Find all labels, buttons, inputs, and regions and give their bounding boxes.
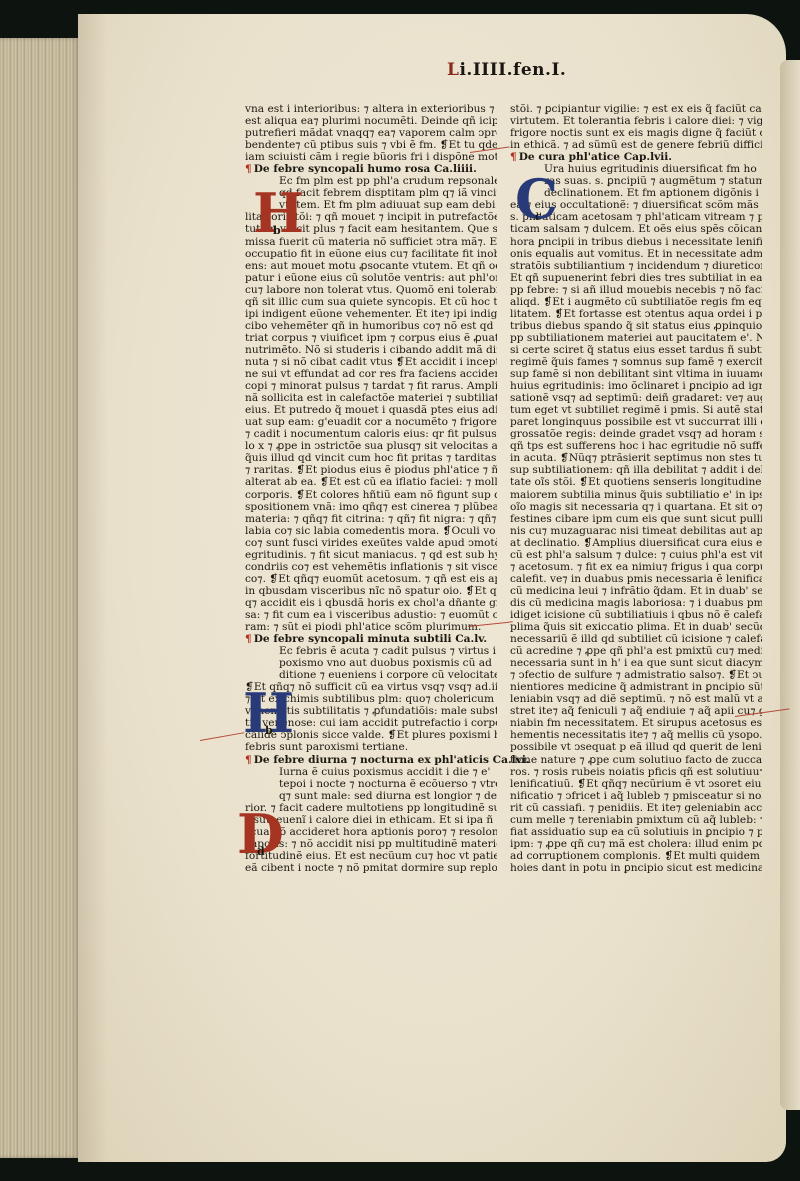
text-line: nutrimẽto. Nõ si studeris i cibando addi…: [245, 344, 497, 356]
text-line: uat sup eam: g'euadit cor a nocumẽto ⁊ f…: [245, 416, 497, 428]
text-line: ⁊ acetosum. ⁊ fit ex ea nimiu⁊ frigus i …: [510, 561, 762, 573]
text-line: lenificatiuũ. ❡Et qñq⁊ necũrium ẽ vt ↄso…: [510, 778, 762, 790]
text-line: egritudinis. ⁊ fit sicut maniacus. ⁊ qd …: [245, 549, 497, 561]
text-line: pp febre: ⁊ si añ illud mouebis necebis …: [510, 284, 762, 296]
guide-letter: b: [265, 704, 273, 758]
text-line: virtutem. Et tolerantia febris i calore …: [510, 115, 762, 127]
text-line: putrefieri mãdat vnaqq⁊ ea⁊ vaporem calm…: [245, 127, 497, 139]
text-line: Et qñ supuenerint febri dies tres subtil…: [510, 272, 762, 284]
text-line: stret ite⁊ aq̃ feniculi ⁊ aq̃ endiuie ⁊ …: [510, 705, 762, 717]
text-line: ditione ⁊ eueniens i corpore cũ velocita…: [245, 669, 497, 681]
text-line: ⁊ raritas. ❡Et piodus eius ẽ piodus phl'…: [245, 464, 497, 476]
text-line: in ethicã. ⁊ ad sũmũ est de genere febri…: [510, 139, 762, 151]
text-line: cũ medicina leui ⁊ infrãtio q̃dam. Et in…: [510, 585, 762, 597]
text-line: cibo vehemẽter qñ in humoribus co⁊ nõ es…: [245, 320, 497, 332]
pilcrow-icon: ¶: [245, 163, 252, 175]
text-line: ⁊ cadit i nocumentum caloris eius: qr fi…: [245, 428, 497, 440]
text-line: litatem. ❡Et fortasse est ↄtentus aqua o…: [510, 308, 762, 320]
text-line: ⁊ ↄfectio de sulfure ⁊ admistratio salso…: [510, 669, 762, 681]
pilcrow-icon: ¶: [245, 754, 252, 766]
text-line: occupatio fit in eũone eius cu⁊ facilita…: [245, 248, 497, 260]
running-head-rubric: L: [447, 60, 459, 80]
text-line: nientiores medicine q̃ admistrant in ꝑnc…: [510, 681, 762, 693]
text-line: nuta ⁊ si nõ cibat cadit vtus ❡Et accidi…: [245, 356, 497, 368]
text-line: tepoi i nocte ⁊ nocturna ẽ ecõuerso ⁊ vt…: [245, 778, 497, 790]
left-top-block: vna est i interioribus: ⁊ altera in exte…: [245, 103, 497, 163]
text-line: in qbusdam visceribus nĩc nõ spatur oio.…: [245, 585, 497, 597]
text-line: qñ sit illic cum sua quiete syncopis. Et…: [245, 296, 497, 308]
chapter-heading: ¶De cura phl'atice Cap.lvii.: [510, 151, 762, 163]
text-line: q̃uis illud qd vincit cum hoc fit pritas…: [245, 452, 497, 464]
text-line: possibile vt ↄsequat p eã illud qd queri…: [510, 741, 762, 753]
running-head: Li.IIII.fen.I.: [447, 60, 566, 80]
text-line: triat corpus ⁊ viuificet ipm ⁊ corpus ei…: [245, 332, 497, 344]
text-line: sup famẽ si non debilitant sint vltima i…: [510, 368, 762, 380]
text-line: cu⁊ labore non tolerat vtus. Quomõ eni t…: [245, 284, 497, 296]
text-line: ens: aut mouet motu ꝓsocante vtutem. Et …: [245, 260, 497, 272]
text-line: in acuta. ❡Nũq⁊ ptrãsierit septimus non …: [510, 452, 762, 464]
text-line: ipm: ⁊ ꝓpe qñ cu⁊ mã est cholera: illud …: [510, 838, 762, 850]
text-line: hoies dant in potu in ꝑncipio sicut est …: [510, 862, 762, 874]
text-line: patur i eũone eius cũ solutõe ventris: a…: [245, 272, 497, 284]
text-line: vna est i interioribus: ⁊ altera in exte…: [245, 103, 497, 115]
text-line: festines cibare ipm cum eis que sunt sic…: [510, 513, 762, 525]
text-line: leniabin vsq⁊ ad diẽ septimũ. ⁊ nõ est m…: [510, 693, 762, 705]
text-line: labia co⁊ sic labia comedentis mora. ❡Oc…: [245, 525, 497, 537]
running-head-text: i.IIII.fen.I.: [459, 60, 566, 80]
text-line: at declinatio. ❡Amplius diuersificat cur…: [510, 537, 762, 549]
text-line: eius. Et putredo q̃ mouet i quasdã ptes …: [245, 404, 497, 416]
pilcrow-icon: ¶: [510, 151, 517, 163]
text-line: onis equalis aut vomitus. Et in necessit…: [510, 248, 762, 260]
text-line: paret longinquus possibile est vt succur…: [510, 416, 762, 428]
text-line: corporis. ❡Et colores hñtiũ eam nõ figun…: [245, 489, 497, 501]
text-line: regimẽ q̃uis fames ⁊ somnus sup famẽ ⁊ e…: [510, 356, 762, 368]
text-line: grossatõe regis: deinde gradet vsq⁊ ad h…: [510, 428, 762, 440]
text-line: tate oĩs stõi. ❡Et quotiens senseris lon…: [510, 476, 762, 488]
text-line: nificatio ⁊ ↄfricet i aq̃ lubleb ⁊ pmisc…: [510, 790, 762, 802]
decorated-initial-d: Dd: [237, 807, 284, 861]
text-line: oĩo magis sit necessaria q⁊ i quartana. …: [510, 501, 762, 513]
text-line: copi ⁊ minorat pulsus ⁊ tardat ⁊ fit rar…: [245, 380, 497, 392]
text-line: ne sui vt effundat ad cor res fra facien…: [245, 368, 497, 380]
text-line: hora ꝑncipii in tribus diebus i necessit…: [510, 236, 762, 248]
text-line: hementis necessitatis ite⁊ ⁊ aq̃ mellis …: [510, 729, 762, 741]
text-line: stõi. ⁊ ꝑcipiantur vigilie: ⁊ est ex eis…: [510, 103, 762, 115]
text-line: sationẽ vsq⁊ ad septimũ: deiñ gradaret: …: [510, 392, 762, 404]
text-line: necessariũ ẽ illd qd subtiliet cũ icisio…: [510, 633, 762, 645]
text-line: poxismo vno aut duobus poxismis cũ ad: [245, 657, 497, 669]
text-line: sa: ⁊ fit cum ea i visceribus adustio: ⁊…: [245, 609, 497, 621]
text-line: nis cu⁊ muzaguarac nisi timeat debilitas…: [510, 525, 762, 537]
text-line: ram: ⁊ sũt ei piodi phl'atice scõm pluri…: [245, 621, 497, 633]
text-line: calefit. ve⁊ in duabus pmis necessaria ẽ…: [510, 573, 762, 585]
text-line: co⁊. ❡Et qñq⁊ euomũt acetosum. ⁊ qñ est …: [245, 573, 497, 585]
text-line: frigore noctis sunt ex eis magis digne q…: [510, 127, 762, 139]
guide-letter: b: [273, 204, 281, 258]
text-line: co⁊ sunt fusci virides exeũtes valde apu…: [245, 537, 497, 549]
guide-letter: d: [257, 825, 265, 879]
text-line: nã sollicita est in calefactõe materiei …: [245, 392, 497, 404]
text-line: qñ tps est sufferens hoc i hac egritudie…: [510, 440, 762, 452]
text-line: plima q̃uis sit exiccatio plima. Et in d…: [510, 621, 762, 633]
decorated-initial-h-blue: Hb: [243, 686, 294, 740]
chapter-heading: ¶De febre syncopali humo rosa Ca.liiii.: [245, 163, 497, 175]
text-line: fiat assiduatio sup ea cũ solutiuis in ꝑ…: [510, 826, 762, 838]
page-edges-stack: [0, 38, 80, 1158]
text-line: aliqd. ❡Et i augmẽto cũ subtiliatõe regi…: [510, 296, 762, 308]
text-line: stratõis subtiliantium ⁊ incidendum ⁊ di…: [510, 260, 762, 272]
text-line: Iurna ẽ cuius poxismus accidit i die ⁊ e…: [245, 766, 497, 778]
text-line: cum melle ⁊ tereniabin pmixtum cũ aq̃ lu…: [510, 814, 762, 826]
text-line: tum eget vt subtiliet regimẽ i pmis. Si …: [510, 404, 762, 416]
guide-letter: c: [535, 190, 542, 244]
text-line: si certe sciret q̃ status eius esset tar…: [510, 344, 762, 356]
text-line: spositionem vnã: imo qñq⁊ est cinerea ⁊ …: [245, 501, 497, 513]
text-line: necessaria sunt in h' i ea que sunt sicu…: [510, 657, 762, 669]
text-line: tione nature ⁊ ꝓpe cum solutiuo facto de…: [510, 754, 762, 766]
text-line: tribus diebus spando q̃ sit status eius …: [510, 320, 762, 332]
text-line: cũ est phl'a salsum ⁊ dulce: ⁊ cuius phl…: [510, 549, 762, 561]
text-line: ros. ⁊ rosis rubeis noiatis pficis qñ es…: [510, 766, 762, 778]
text-line: huius egritudinis: imo õclinaret i ꝑncip…: [510, 380, 762, 392]
pilcrow-icon: ¶: [245, 633, 252, 645]
text-line: lo x ⁊ ꝓpe in ↄstrictõe sua plusq⁊ sit v…: [245, 440, 497, 452]
text-line: maiorem subtilia minus q̃uis subtiliatio…: [510, 489, 762, 501]
facing-page-edge: [780, 60, 800, 1110]
text-line: q⁊ sunt male: sed diurna est longior ⁊ d…: [245, 790, 497, 802]
text-line: iam sciuisti cãm i regie bũoris fri i di…: [245, 151, 497, 163]
text-line: alterat ab ea. ❡Et est cũ ea iflatio fac…: [245, 476, 497, 488]
text-line: sup subtiliationem: qñ illa debilitat ⁊ …: [510, 464, 762, 476]
right-top-block: stõi. ⁊ ꝑcipiantur vigilie: ⁊ est ex eis…: [510, 103, 762, 151]
decorated-initial-c: Cc: [515, 172, 558, 226]
text-line: rit cũ cassiafi. ⁊ penidiis. Et ite⁊ gel…: [510, 802, 762, 814]
text-line: niabin fm necessitatem. Et sirupus aceto…: [510, 717, 762, 729]
chapter-body: Ura huius egritudinis diuersificat fm ho…: [510, 163, 762, 874]
chapter-heading: ¶De febre syncopali minuta subtili Ca.lv…: [245, 633, 497, 645]
text-line: Ec febris ẽ acuta ⁊ cadit pulsus ⁊ virtu…: [245, 645, 497, 657]
decorated-initial-h: Hb: [253, 186, 304, 240]
text-line: q⁊ accidit eis i qbusdã horis ex chol'a …: [245, 597, 497, 609]
text-line: condriis co⁊ est vehemẽtis inflationis ⁊…: [245, 561, 497, 573]
chapter-heading: ¶De febre diurna ⁊ nocturna ex phl'atici…: [245, 754, 497, 766]
text-line: bendente⁊ cũ ptibus suis ⁊ vbi ẽ fm. ❡Et…: [245, 139, 497, 151]
text-line: pp subtiliationem materiei aut paucitate…: [510, 332, 762, 344]
text-line: dis cũ medicina magis laboriosa: ⁊ i dua…: [510, 597, 762, 609]
text-line: materia: ⁊ qñq⁊ fit citrina: ⁊ qñ⁊ fit n…: [245, 513, 497, 525]
text-line: ad corruptionem complonis. ❡Et multi qui…: [510, 850, 762, 862]
text-line: idiget icisione cũ subtiliatiuis i qbus …: [510, 609, 762, 621]
text-line: cũ acredine ⁊ ꝓpe qñ phl'a est pmixtũ cu…: [510, 645, 762, 657]
text-line: est aliqua ea⁊ plurimi nocumẽti. Deinde …: [245, 115, 497, 127]
text-line: ipi indigent eũone vehementer. Et ite⁊ i…: [245, 308, 497, 320]
